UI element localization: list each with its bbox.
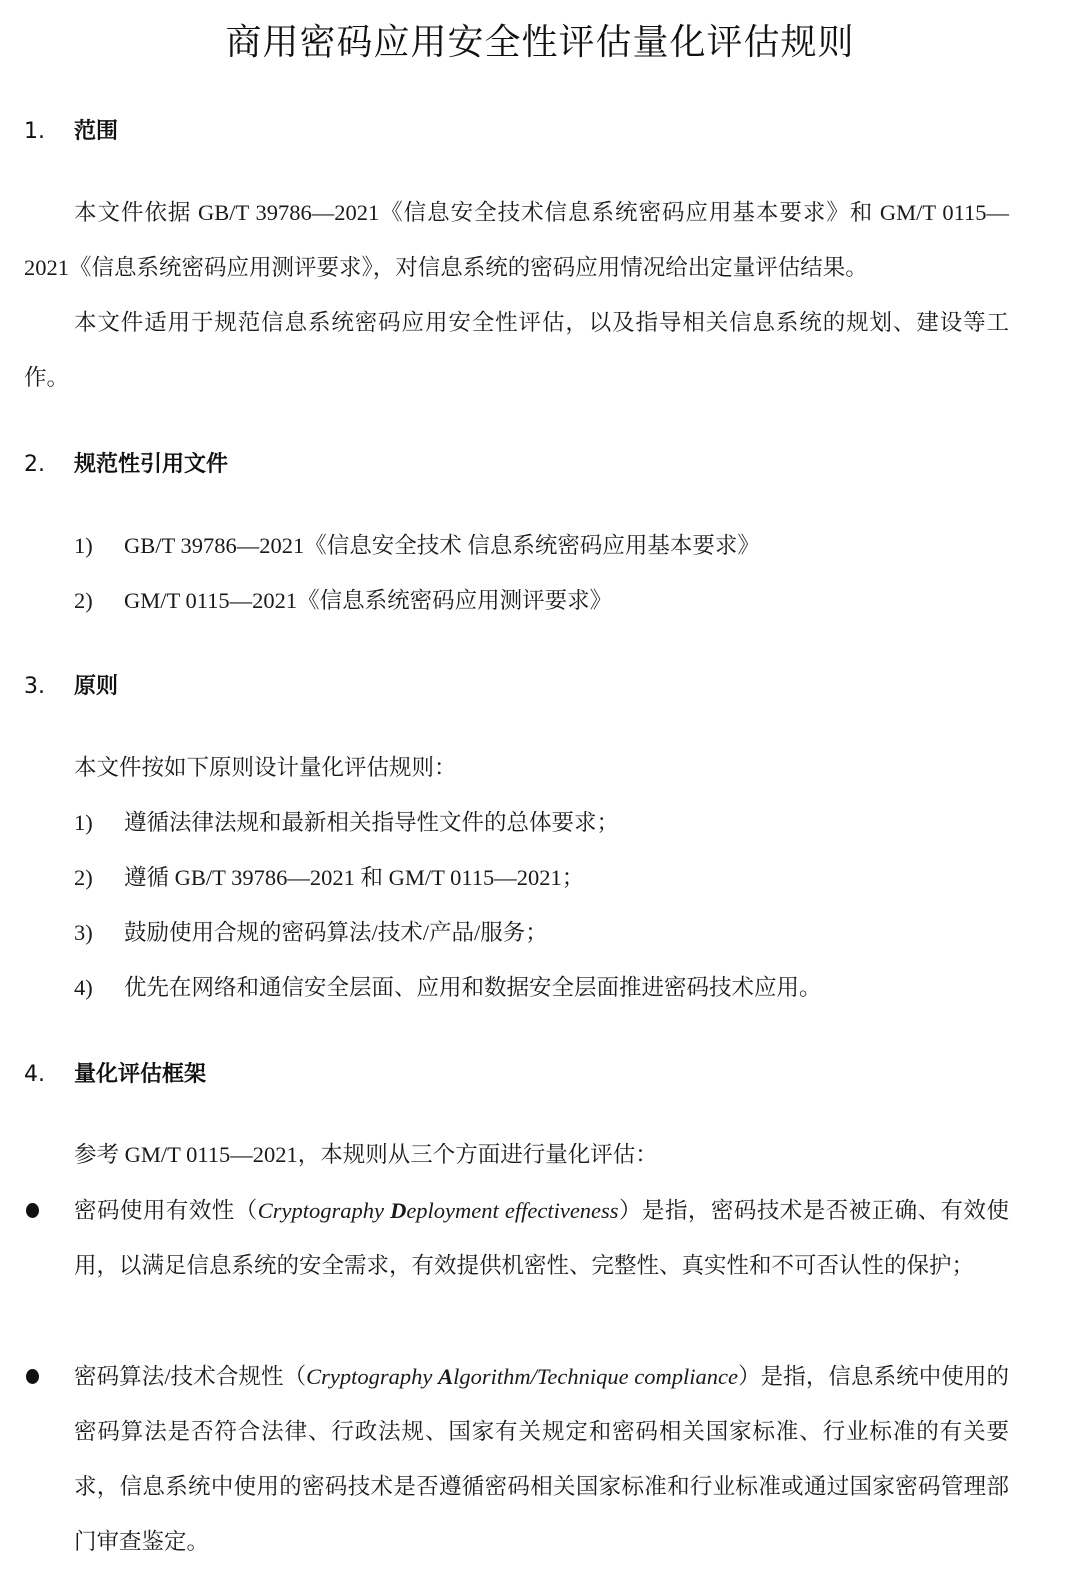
framework-bullet-effectiveness: 密码使用有效性（Cryptography Deployment effectiv… — [24, 1183, 1009, 1293]
list-number: 1) — [74, 518, 124, 573]
bullet-icon — [26, 1203, 39, 1218]
list-text: GB/T 39786—2021《信息安全技术 信息系统密码应用基本要求》 — [124, 533, 760, 558]
list-number: 1) — [74, 795, 124, 850]
section-title: 原则 — [74, 674, 118, 699]
list-number: 2) — [74, 573, 124, 628]
list-text: 优先在网络和通信安全层面、应用和数据安全层面推进密码技术应用。 — [124, 975, 822, 1000]
bullet-icon — [26, 1369, 39, 1384]
term-en-initial: A — [438, 1364, 453, 1389]
principle-item: 4)优先在网络和通信安全层面、应用和数据安全层面推进密码技术应用。 — [74, 960, 1009, 1015]
section-heading-3: 3.原则 — [24, 669, 118, 700]
term-en-initial: D — [390, 1198, 406, 1223]
list-text: GM/T 0115—2021《信息系统密码应用测评要求》 — [124, 588, 612, 613]
paragraph-scope-applicability: 本文件适用于规范信息系统密码应用安全性评估，以及指导相关信息系统的规划、建设等工… — [24, 295, 1009, 405]
section-number: 3. — [24, 674, 74, 699]
section-title: 量化评估框架 — [74, 1062, 206, 1087]
section-number: 1. — [24, 119, 74, 144]
reference-item: 1)GB/T 39786—2021《信息安全技术 信息系统密码应用基本要求》 — [74, 518, 1009, 573]
framework-intro: 参考 GM/T 0115—2021，本规则从三个方面进行量化评估： — [74, 1127, 1009, 1182]
term-zh: 密码算法/技术合规性 — [74, 1364, 284, 1389]
list-text: 鼓励使用合规的密码算法/技术/产品/服务； — [124, 920, 548, 945]
term-en: Cryptography Algorithm/Technique complia… — [306, 1364, 738, 1389]
section-heading-4: 4.量化评估框架 — [24, 1057, 206, 1088]
term-zh: 密码使用有效性 — [74, 1198, 235, 1223]
principle-item: 3)鼓励使用合规的密码算法/技术/产品/服务； — [74, 905, 1009, 960]
definition: 是指，信息系统中使用的密码算法是否符合法律、行政法规、国家有关规定和密码相关国家… — [74, 1364, 1009, 1554]
list-number: 4) — [74, 960, 124, 1015]
section-title: 范围 — [74, 119, 118, 144]
paren-open: （ — [284, 1364, 307, 1389]
paren-close: ） — [619, 1198, 642, 1223]
term-en-part: Cryptography — [258, 1198, 390, 1223]
list-number: 3) — [74, 905, 124, 960]
term-en-part: Cryptography — [306, 1364, 438, 1389]
principles-intro: 本文件按如下原则设计量化评估规则： — [74, 740, 1009, 795]
section-heading-1: 1.范围 — [24, 114, 118, 145]
list-text: 遵循 GB/T 39786—2021 和 GM/T 0115—2021； — [124, 865, 584, 890]
term-en: Cryptography Deployment effectiveness — [258, 1198, 619, 1223]
paren-close: ） — [738, 1364, 761, 1389]
list-text: 遵循法律法规和最新相关指导性文件的总体要求； — [124, 810, 619, 835]
section-heading-2: 2.规范性引用文件 — [24, 447, 228, 478]
reference-item: 2)GM/T 0115—2021《信息系统密码应用测评要求》 — [74, 573, 1009, 628]
section-number: 2. — [24, 452, 74, 477]
term-en-part: eployment effectiveness — [406, 1198, 618, 1223]
document-title: 商用密码应用安全性评估量化评估规则 — [0, 14, 1080, 65]
principle-item: 2)遵循 GB/T 39786—2021 和 GM/T 0115—2021； — [74, 850, 1009, 905]
paragraph-scope-basis: 本文件依据 GB/T 39786—2021《信息安全技术信息系统密码应用基本要求… — [24, 185, 1009, 295]
framework-bullet-compliance: 密码算法/技术合规性（Cryptography Algorithm/Techni… — [24, 1349, 1009, 1569]
bullet-body: 密码算法/技术合规性（Cryptography Algorithm/Techni… — [74, 1349, 1009, 1569]
list-number: 2) — [74, 850, 124, 905]
bullet-body: 密码使用有效性（Cryptography Deployment effectiv… — [74, 1183, 1009, 1293]
principle-item: 1)遵循法律法规和最新相关指导性文件的总体要求； — [74, 795, 1009, 850]
paren-open: （ — [235, 1198, 258, 1223]
section-number: 4. — [24, 1062, 74, 1087]
section-title: 规范性引用文件 — [74, 452, 228, 477]
term-en-part: lgorithm/Technique compliance — [453, 1364, 738, 1389]
